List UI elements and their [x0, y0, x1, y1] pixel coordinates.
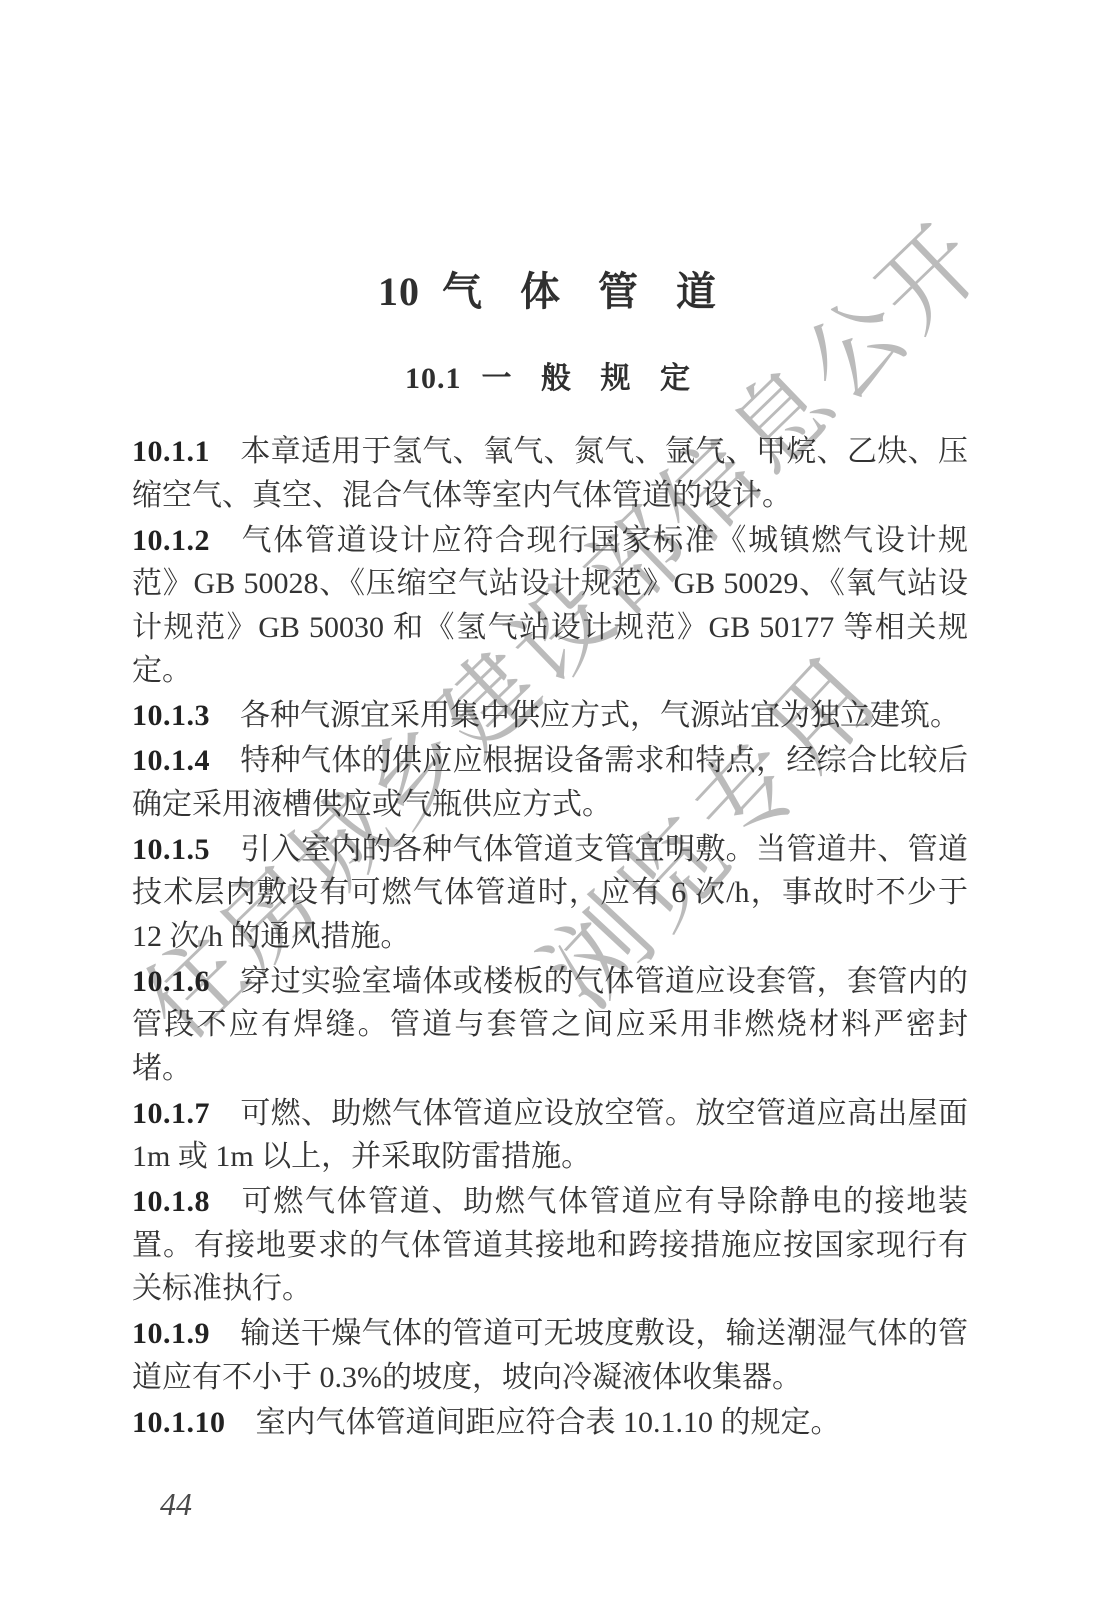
clause-text: 特种气体的供应应根据设备需求和特点，经综合比较后确定采用液槽供应或气瓶供应方式。	[132, 744, 968, 821]
chapter-title: 10气 体 管 道	[132, 270, 968, 314]
clause-text: 输送干燥气体的管道可无坡度敷设，输送潮湿气体的管道应有不小于 0.3%的坡度，坡…	[132, 1317, 968, 1394]
clause-number: 10.1.4	[132, 744, 210, 777]
clause-number: 10.1.5	[132, 833, 210, 866]
clause-text: 可燃气体管道、助燃气体管道应有导除静电的接地装置。有接地要求的气体管道其接地和跨…	[132, 1185, 968, 1305]
clause-number: 10.1.10	[132, 1406, 226, 1439]
page-number: 44	[160, 1486, 192, 1523]
clause: 10.1.1本章适用于氢气、氧气、氮气、氩气、甲烷、乙炔、压缩空气、真空、混合气…	[132, 430, 968, 517]
clause-number: 10.1.6	[132, 965, 210, 998]
clause: 10.1.6穿过实验室墙体或楼板的气体管道应设套管，套管内的管段不应有焊缝。管道…	[132, 960, 968, 1091]
clause-number: 10.1.8	[132, 1185, 210, 1218]
section-number: 10.1	[405, 362, 462, 395]
clause: 10.1.9输送干燥气体的管道可无坡度敷设，输送潮湿气体的管道应有不小于 0.3…	[132, 1312, 968, 1399]
chapter-title-text: 气 体 管 道	[442, 269, 722, 314]
clause: 10.1.7可燃、助燃气体管道应设放空管。放空管道应高出屋面 1m 或 1m 以…	[132, 1092, 968, 1179]
clause: 10.1.2气体管道设计应符合现行国家标准《城镇燃气设计规范》GB 50028、…	[132, 519, 968, 693]
clause: 10.1.8可燃气体管道、助燃气体管道应有导除静电的接地装置。有接地要求的气体管…	[132, 1180, 968, 1311]
clause-text: 各种气源宜采用集中供应方式，气源站宜为独立建筑。	[240, 699, 960, 732]
chapter-number: 10	[378, 269, 420, 314]
clause-number: 10.1.2	[132, 524, 210, 557]
clause-text: 本章适用于氢气、氧气、氮气、氩气、甲烷、乙炔、压缩空气、真空、混合气体等室内气体…	[132, 435, 968, 512]
clause: 10.1.4特种气体的供应应根据设备需求和特点，经综合比较后确定采用液槽供应或气…	[132, 739, 968, 826]
clause-list: 10.1.1本章适用于氢气、氧气、氮气、氩气、甲烷、乙炔、压缩空气、真空、混合气…	[132, 430, 968, 1446]
clause: 10.1.5引入室内的各种气体管道支管宜明敷。当管道井、管道技术层内敷设有可燃气…	[132, 828, 968, 959]
document-page: 住房城乡建设部信息公开 浏览专用 10气 体 管 道 10.1一 般 规 定 1…	[0, 0, 1103, 1598]
clause-text: 穿过实验室墙体或楼板的气体管道应设套管，套管内的管段不应有焊缝。管道与套管之间应…	[132, 965, 968, 1085]
clause-number: 10.1.1	[132, 435, 210, 468]
clause: 10.1.3各种气源宜采用集中供应方式，气源站宜为独立建筑。	[132, 694, 968, 738]
clause-text: 引入室内的各种气体管道支管宜明敷。当管道井、管道技术层内敷设有可燃气体管道时，应…	[132, 833, 968, 953]
clause-number: 10.1.9	[132, 1317, 210, 1350]
clause: 10.1.10室内气体管道间距应符合表 10.1.10 的规定。	[132, 1401, 968, 1445]
section-title: 10.1一 般 规 定	[132, 362, 968, 396]
clause-number: 10.1.3	[132, 699, 210, 732]
clause-text: 室内气体管道间距应符合表 10.1.10 的规定。	[256, 1406, 841, 1439]
section-title-text: 一 般 规 定	[482, 362, 696, 395]
clause-text: 气体管道设计应符合现行国家标准《城镇燃气设计规范》GB 50028、《压缩空气站…	[132, 524, 968, 688]
clause-number: 10.1.7	[132, 1097, 210, 1130]
clause-text: 可燃、助燃气体管道应设放空管。放空管道应高出屋面 1m 或 1m 以上，并采取防…	[132, 1097, 968, 1174]
